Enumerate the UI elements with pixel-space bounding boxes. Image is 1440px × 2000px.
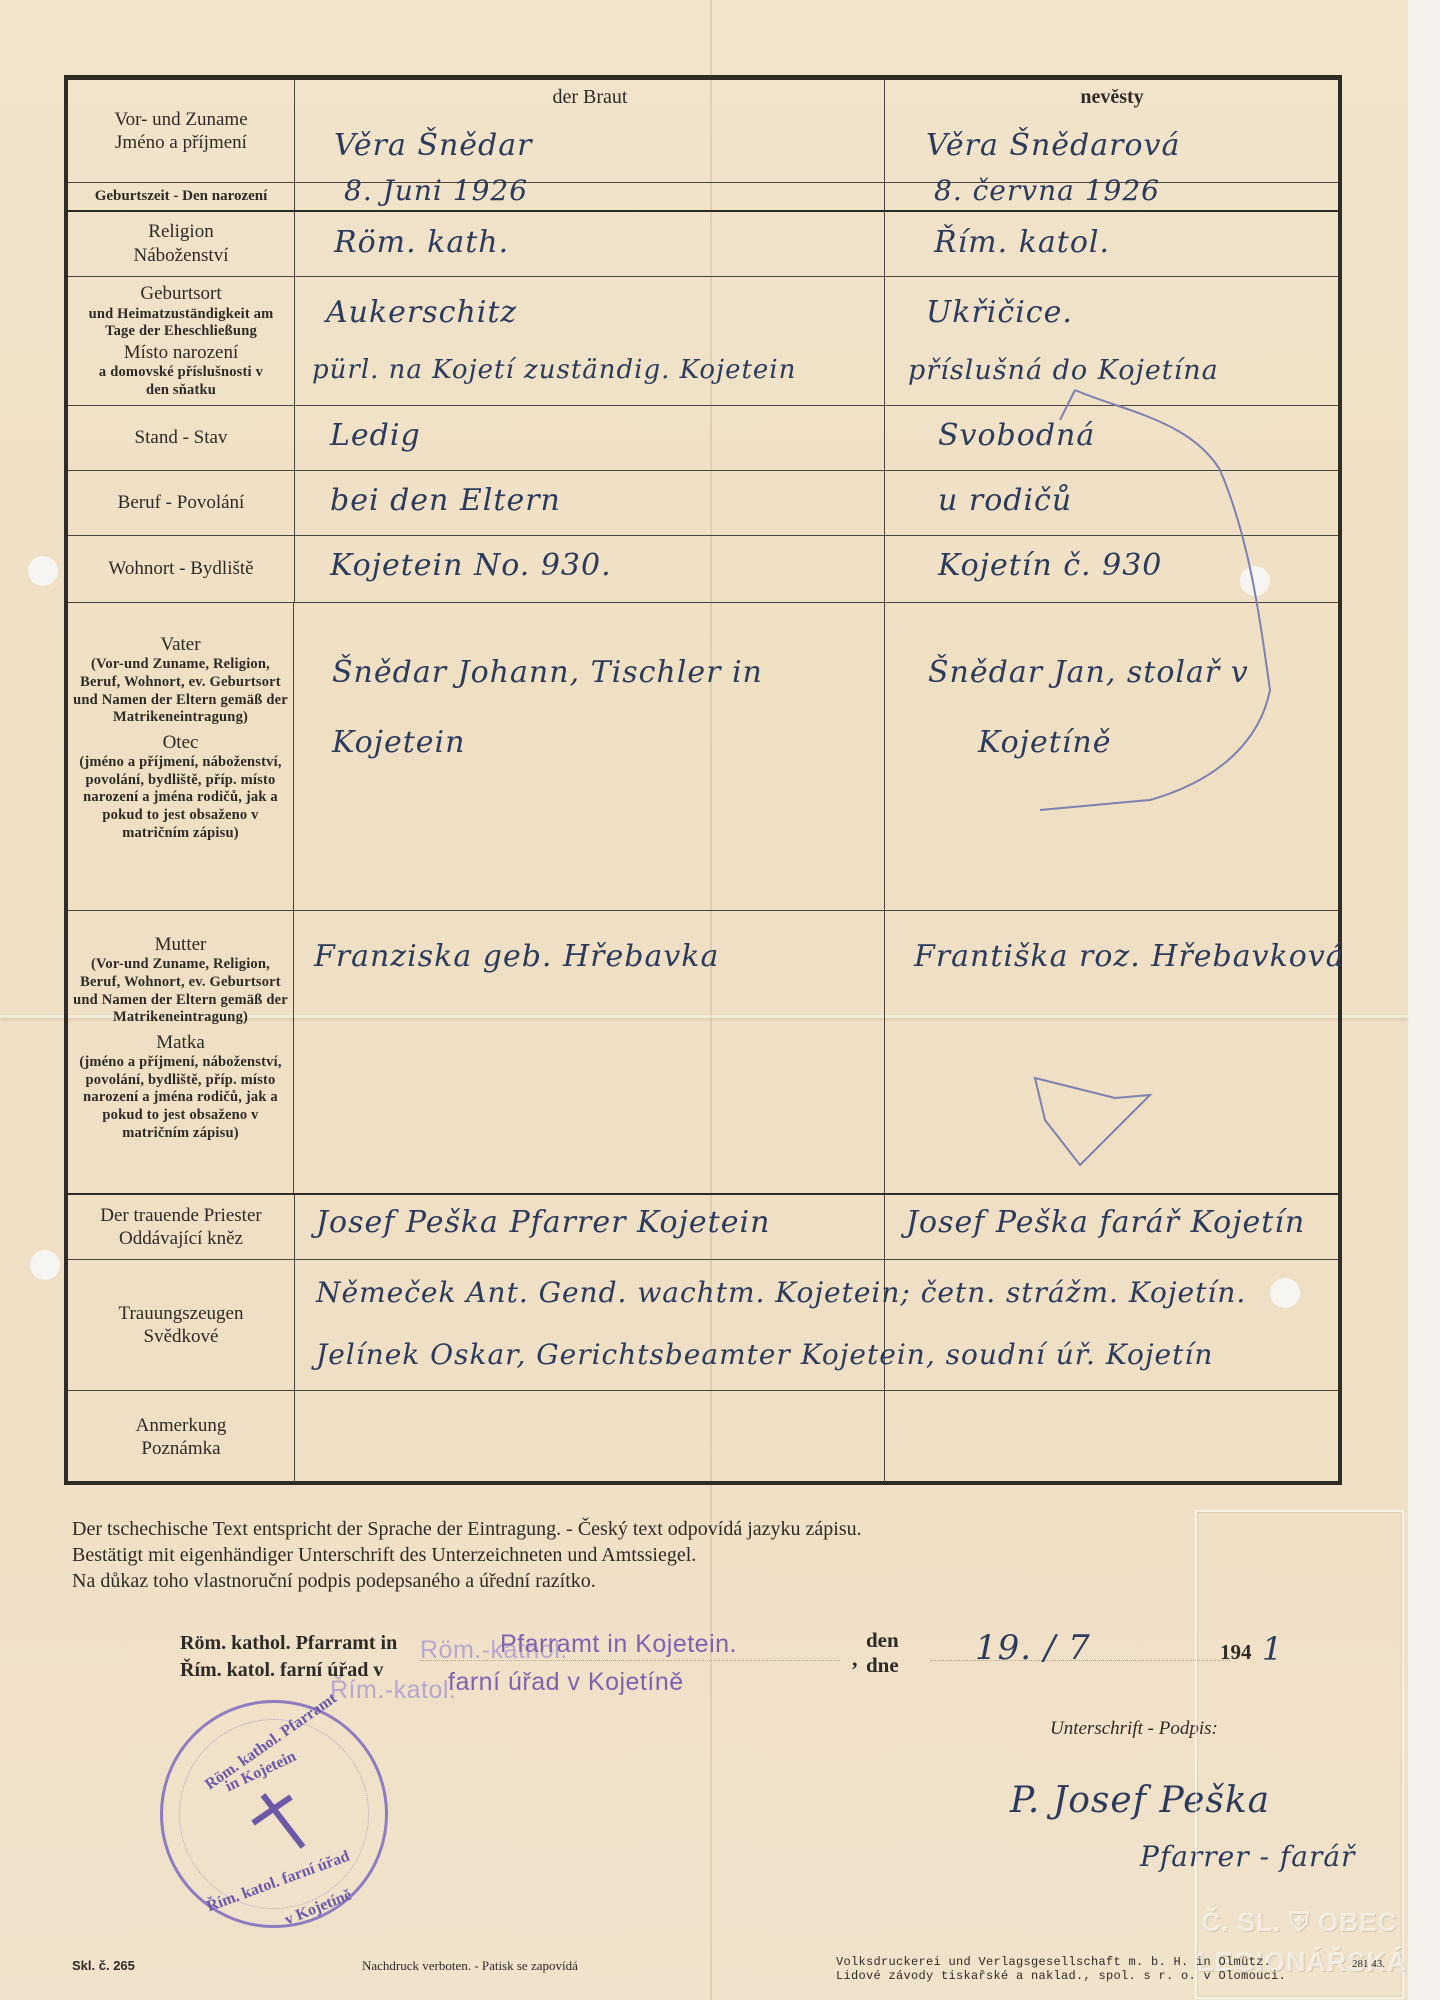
emboss-text-1: Č. SL. ⛨ OBEC (1197, 1907, 1402, 1939)
date-label-cs: dne (866, 1653, 899, 1678)
faint-office-stamp-cs: Řím.-katol. (330, 1676, 456, 1705)
print-code: 281 43. (1352, 1958, 1385, 1970)
statement-language: Der tschechische Text entspricht der Spr… (72, 1516, 862, 1542)
embossed-watermark: Č. SL. ⛨ OBEC LEGIONÁŘSKÁ (1195, 1510, 1404, 1999)
statement-confirm-cs: Na důkaz toho vlastnoruční podpis podeps… (72, 1568, 596, 1594)
printer-cs: Lidové závody tiskařské a naklad., spol.… (836, 1969, 1286, 1983)
signature-label: Unterschrift - Podpis: (1050, 1718, 1218, 1740)
date-label-de: den (866, 1628, 899, 1653)
emboss-line-1b: OBEC (1318, 1907, 1397, 1937)
dotted-line (420, 1660, 840, 1661)
parish-office-de: Röm. kathol. Pfarramt in (180, 1630, 397, 1657)
printer-imprint: Volksdruckerei und Verlagsgesellschaft m… (836, 1955, 1286, 1983)
handwritten-date: 19. / 7 (975, 1628, 1091, 1668)
emboss-line-1a: Č. SL. (1202, 1907, 1282, 1937)
reprint-notice: Nachdruck verboten. - Patisk se zapovídá (362, 1958, 578, 1974)
form-number: Skl. č. 265 (72, 1958, 135, 1973)
printer-de: Volksdruckerei und Verlagsgesellschaft m… (836, 1955, 1286, 1969)
statement-confirm-de: Bestätigt mit eigenhändiger Unterschrift… (72, 1542, 696, 1568)
office-stamp-cs: farní úřad v Kojetíně (448, 1668, 684, 1697)
comma: , (852, 1646, 858, 1672)
date-label: den dne (866, 1628, 899, 1678)
parish-seal: Röm. kathol. Pfarramt in Kojetein Řím. k… (160, 1700, 388, 1928)
office-stamp-de: Pfarramt in Kojetein. (500, 1630, 737, 1659)
cross-icon (243, 1785, 313, 1855)
